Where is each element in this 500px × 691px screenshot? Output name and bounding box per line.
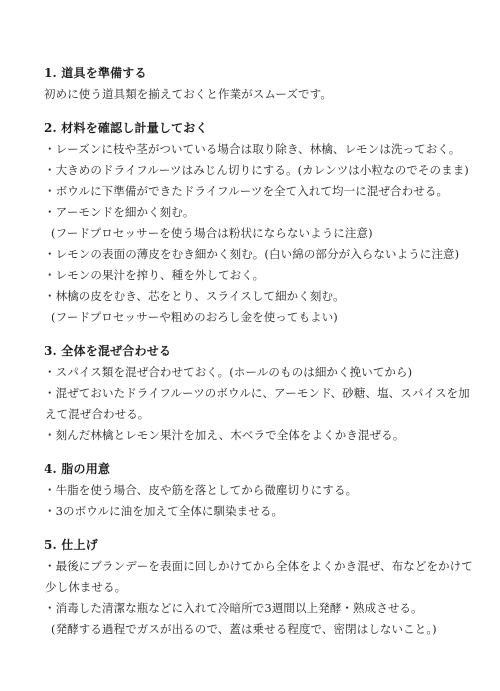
- continuation-line: 少し休ませる。: [44, 577, 460, 598]
- continuation-line: えて混ぜ合わせる。: [44, 404, 460, 425]
- bullet-text: レーズンに枝や茎がついている場合は取り除き、林檎、レモンは洗っておく。: [56, 142, 461, 156]
- bullet-item: ・レーズンに枝や茎がついている場合は取り除き、林檎、レモンは洗っておく。: [44, 139, 460, 160]
- bullet-text: 林檎の皮をむき、芯をとり、スライスして細かく刻む。: [56, 289, 345, 303]
- recipe-section: 2. 材料を確認し計量しておく・レーズンに枝や茎がついている場合は取り除き、林檎…: [44, 118, 460, 328]
- section-heading: 5. 仕上げ: [44, 535, 460, 556]
- section-heading: 2. 材料を確認し計量しておく: [44, 118, 460, 139]
- bullet-item: ・大きめのドライフルーツはみじん切りにする。(カレンツは小粒なのでそのまま): [44, 160, 460, 181]
- bullet-item: ・スパイス類を混ぜ合わせておく。(ホールのものは細かく挽いてから): [44, 362, 460, 383]
- bullet-text: レモンの果汁を搾り、種を外しておく。: [56, 268, 265, 282]
- bullet-text: 最後にブランデーを表面に回しかけてから全体をよくかき混ぜ、布などをかけて: [56, 559, 473, 573]
- bullet-text: 混ぜておいたドライフルーツのボウルに、アーモンド、砂糖、塩、スパイスを加: [56, 386, 470, 400]
- recipe-section: 5. 仕上げ・最後にブランデーを表面に回しかけてから全体をよくかき混ぜ、布などを…: [44, 535, 460, 640]
- bullet-marker: ・: [44, 142, 56, 156]
- bullet-text: ボウルに下準備ができたドライフルーツを全て入れて均一に混ぜ合わせる。: [56, 184, 448, 198]
- bullet-text: スパイス類を混ぜ合わせておく。(ホールのものは細かく挽いてから): [56, 365, 413, 379]
- note-line: (フードプロセッサーを使う場合は粉状にならないように注意): [44, 223, 460, 244]
- bullet-text: 大きめのドライフルーツはみじん切りにする。(カレンツは小粒なのでそのまま): [56, 163, 469, 177]
- bullet-item: ・レモンの果汁を搾り、種を外しておく。: [44, 265, 460, 286]
- bullet-item: ・最後にブランデーを表面に回しかけてから全体をよくかき混ぜ、布などをかけて: [44, 556, 460, 577]
- bullet-item: ・消毒した清潔な瓶などに入れて冷暗所で3週間以上発酵・熟成させる。: [44, 598, 460, 619]
- note-line: (発酵する過程でガスが出るので、蓋は乗せる程度で、密閉はしないこと。): [44, 619, 460, 640]
- document-page: 1. 道具を準備する初めに使う道具類を揃えておくと作業がスムーズです。2. 材料…: [0, 0, 500, 691]
- bullet-item: ・3のボウルに油を加えて全体に馴染ませる。: [44, 501, 460, 522]
- bullet-item: ・ボウルに下準備ができたドライフルーツを全て入れて均一に混ぜ合わせる。: [44, 181, 460, 202]
- bullet-marker: ・: [44, 559, 56, 573]
- bullet-text: レモンの表面の薄皮をむき細かく刻む。(白い綿の部分が入らないように注意): [56, 247, 460, 261]
- recipe-section: 4. 脂の用意・牛脂を使う場合、皮や筋を落としてから微塵切りにする。・3のボウル…: [44, 459, 460, 522]
- bullet-marker: ・: [44, 289, 56, 303]
- bullet-marker: ・: [44, 428, 56, 442]
- bullet-marker: ・: [44, 184, 56, 198]
- bullet-marker: ・: [44, 268, 56, 282]
- bullet-marker: ・: [44, 386, 56, 400]
- bullet-marker: ・: [44, 205, 56, 219]
- bullet-item: ・林檎の皮をむき、芯をとり、スライスして細かく刻む。: [44, 286, 460, 307]
- section-heading: 4. 脂の用意: [44, 459, 460, 480]
- bullet-item: ・牛脂を使う場合、皮や筋を落としてから微塵切りにする。: [44, 480, 460, 501]
- bullet-marker: ・: [44, 601, 56, 615]
- bullet-text: 牛脂を使う場合、皮や筋を落としてから微塵切りにする。: [56, 483, 358, 497]
- bullet-marker: ・: [44, 163, 56, 177]
- bullet-text: 消毒した清潔な瓶などに入れて冷暗所で3週間以上発酵・熟成させる。: [56, 601, 423, 615]
- bullet-item: ・混ぜておいたドライフルーツのボウルに、アーモンド、砂糖、塩、スパイスを加: [44, 383, 460, 404]
- bullet-item: ・レモンの表面の薄皮をむき細かく刻む。(白い綿の部分が入らないように注意): [44, 244, 460, 265]
- bullet-text: 刻んだ林檎とレモン果汁を加え、木ベラで全体をよくかき混ぜる。: [56, 428, 405, 442]
- bullet-marker: ・: [44, 365, 56, 379]
- bullet-marker: ・: [44, 504, 56, 518]
- body-line: 初めに使う道具類を揃えておくと作業がスムーズです。: [44, 84, 460, 105]
- recipe-sections: 1. 道具を準備する初めに使う道具類を揃えておくと作業がスムーズです。2. 材料…: [44, 63, 460, 640]
- note-line: (フードプロセッサーや粗めのおろし金を使ってもよい): [44, 307, 460, 328]
- bullet-text: アーモンドを細かく刻む。: [56, 205, 195, 219]
- recipe-section: 1. 道具を準備する初めに使う道具類を揃えておくと作業がスムーズです。: [44, 63, 460, 105]
- section-heading: 3. 全体を混ぜ合わせる: [44, 341, 460, 362]
- section-heading: 1. 道具を準備する: [44, 63, 460, 84]
- bullet-marker: ・: [44, 483, 56, 497]
- bullet-text: 3のボウルに油を加えて全体に馴染ませる。: [56, 504, 283, 518]
- bullet-item: ・刻んだ林檎とレモン果汁を加え、木ベラで全体をよくかき混ぜる。: [44, 425, 460, 446]
- bullet-marker: ・: [44, 247, 56, 261]
- bullet-item: ・アーモンドを細かく刻む。: [44, 202, 460, 223]
- recipe-section: 3. 全体を混ぜ合わせる・スパイス類を混ぜ合わせておく。(ホールのものは細かく挽…: [44, 341, 460, 446]
